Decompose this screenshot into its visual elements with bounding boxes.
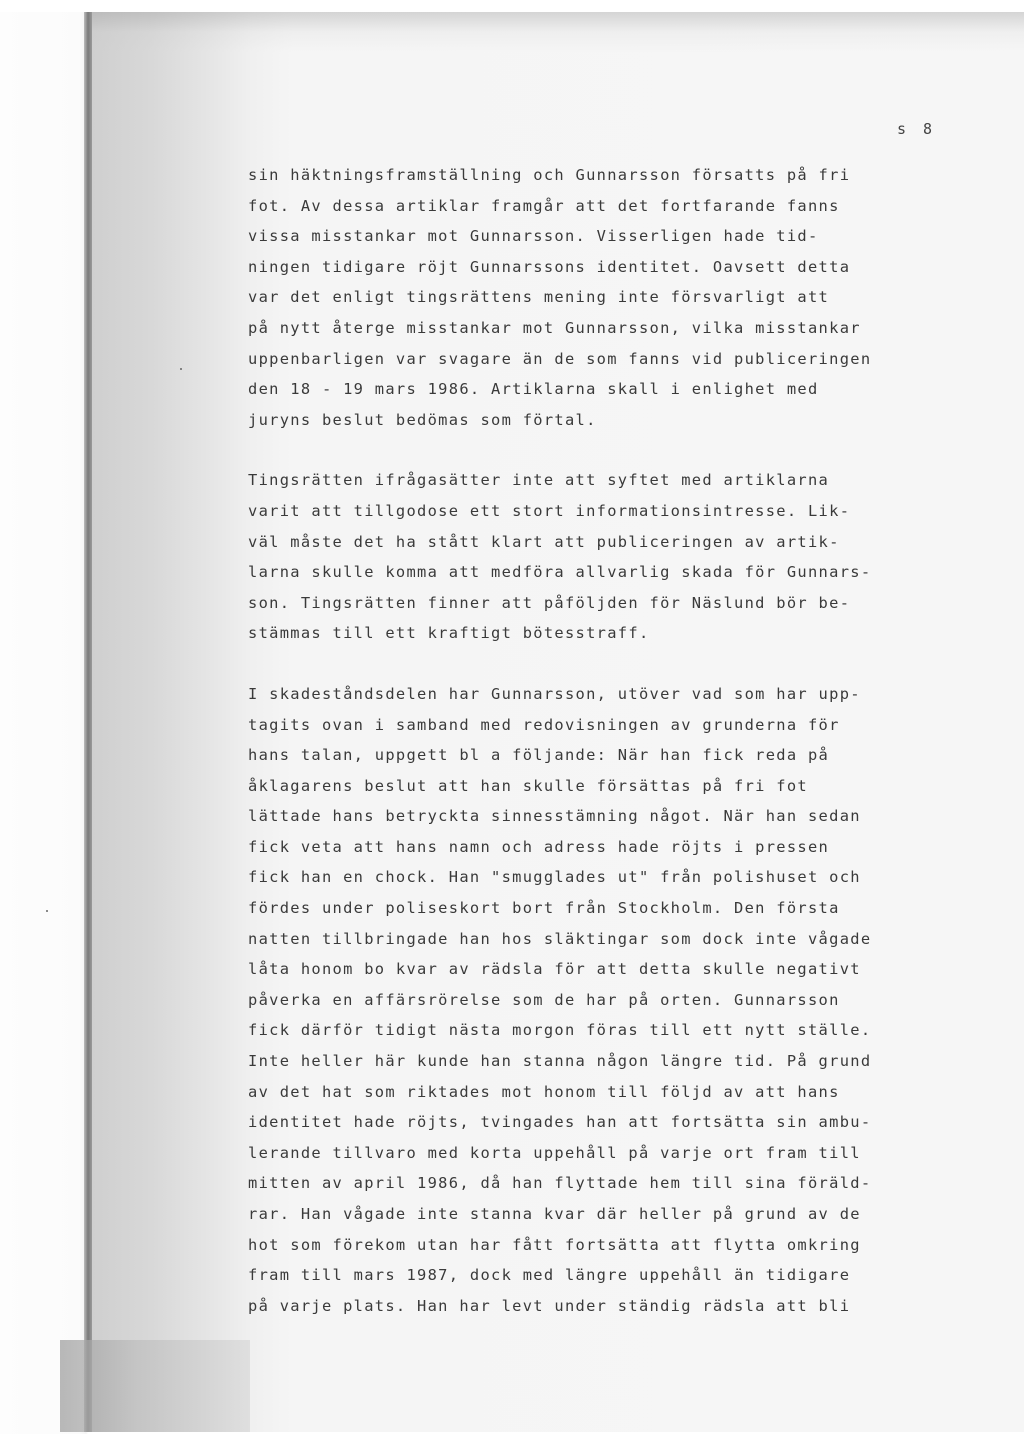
- text-line: fot. Av dessa artiklar framgår att det f…: [248, 191, 998, 222]
- paragraph-gap: [248, 649, 998, 679]
- page-shadow: [60, 1340, 250, 1432]
- paragraph: I skadeståndsdelen har Gunnarsson, utöve…: [248, 679, 998, 1321]
- paragraph-container: sin häktningsframställning och Gunnarsso…: [248, 160, 998, 1321]
- text-line: varit att tillgodose ett stort informati…: [248, 496, 998, 527]
- text-line: mitten av april 1986, då han flyttade he…: [248, 1168, 998, 1199]
- text-line: var det enligt tingsrättens mening inte …: [248, 282, 998, 313]
- paragraph: sin häktningsframställning och Gunnarsso…: [248, 160, 998, 435]
- text-line: fick veta att hans namn och adress hade …: [248, 832, 998, 863]
- text-line: I skadeståndsdelen har Gunnarsson, utöve…: [248, 679, 998, 710]
- text-line: juryns beslut bedömas som förtal.: [248, 405, 998, 436]
- text-line: påverka en affärsrörelse som de har på o…: [248, 985, 998, 1016]
- paragraph-gap: [248, 435, 998, 465]
- text-line: lerande tillvaro med korta uppehåll på v…: [248, 1138, 998, 1169]
- text-line: Inte heller här kunde han stanna någon l…: [248, 1046, 998, 1077]
- text-line: Tingsrätten ifrågasätter inte att syftet…: [248, 465, 998, 496]
- text-line: sin häktningsframställning och Gunnarsso…: [248, 160, 998, 191]
- text-line: låta honom bo kvar av rädsla för att det…: [248, 954, 998, 985]
- text-line: fick han en chock. Han "smugglades ut" f…: [248, 862, 998, 893]
- text-line: stämmas till ett kraftigt bötesstraff.: [248, 618, 998, 649]
- text-line: larna skulle komma att medföra allvarlig…: [248, 557, 998, 588]
- scan-speck: [180, 368, 182, 370]
- text-line: fördes under poliseskort bort från Stock…: [248, 893, 998, 924]
- document-body: sin häktningsframställning och Gunnarsso…: [248, 160, 998, 1321]
- text-line: fram till mars 1987, dock med längre upp…: [248, 1260, 998, 1291]
- text-line: hans talan, uppgett bl a följande: När h…: [248, 740, 998, 771]
- page-number: s 8: [897, 120, 936, 138]
- scan-speck: [46, 910, 48, 912]
- text-line: son. Tingsrätten finner att påföljden fö…: [248, 588, 998, 619]
- text-line: fick därför tidigt nästa morgon föras ti…: [248, 1015, 998, 1046]
- text-line: av det hat som riktades mot honom till f…: [248, 1077, 998, 1108]
- text-line: på varje plats. Han har levt under ständ…: [248, 1291, 998, 1322]
- paragraph: Tingsrätten ifrågasätter inte att syftet…: [248, 465, 998, 649]
- text-line: rar. Han vågade inte stanna kvar där hel…: [248, 1199, 998, 1230]
- text-line: tagits ovan i samband med redovisningen …: [248, 710, 998, 741]
- text-line: ningen tidigare röjt Gunnarssons identit…: [248, 252, 998, 283]
- text-line: lättade hans betryckta sinnesstämning nå…: [248, 801, 998, 832]
- text-line: väl måste det ha stått klart att publice…: [248, 527, 998, 558]
- page-binding-edge: [84, 12, 92, 1432]
- text-line: den 18 - 19 mars 1986. Artiklarna skall …: [248, 374, 998, 405]
- text-line: vissa misstankar mot Gunnarsson. Visserl…: [248, 221, 998, 252]
- text-line: uppenbarligen var svagare än de som fann…: [248, 344, 998, 375]
- text-line: på nytt återge misstankar mot Gunnarsson…: [248, 313, 998, 344]
- text-line: åklagarens beslut att han skulle försätt…: [248, 771, 998, 802]
- text-line: identitet hade röjts, tvingades han att …: [248, 1107, 998, 1138]
- text-line: natten tillbringade han hos släktingar s…: [248, 924, 998, 955]
- text-line: hot som förekom utan har fått fortsätta …: [248, 1230, 998, 1261]
